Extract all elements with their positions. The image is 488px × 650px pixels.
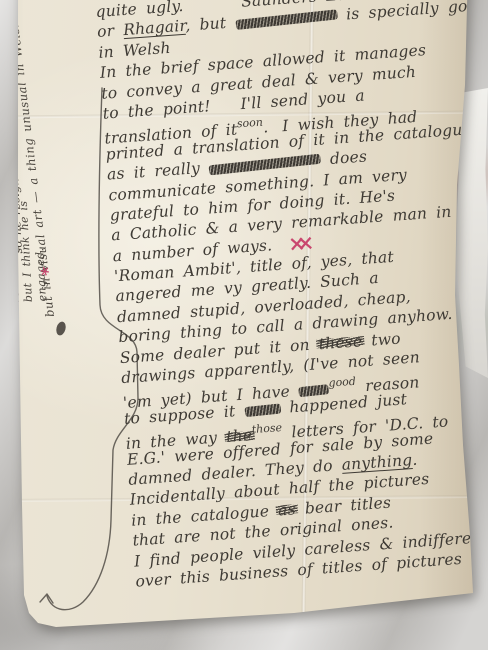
text-segment: these	[318, 332, 363, 353]
margin-line: gaiety & he has a vy acute sense	[0, 362, 12, 617]
text-segment: .	[412, 451, 418, 469]
text-segment: does	[320, 148, 367, 169]
margin-note-middle: He founded thefrantics, butto XES (!), m…	[0, 201, 50, 305]
text-segment: , but	[185, 14, 236, 35]
text-segment: gaiety & he has a vy acute sense	[0, 411, 11, 618]
text-segment: soon	[236, 116, 263, 131]
text-segment: XES (!)	[0, 242, 7, 287]
text-segment: good	[328, 375, 356, 390]
text-segment	[184, 7, 242, 11]
text-segment: probably more influence now	[0, 77, 12, 255]
text-segment: the	[226, 426, 253, 446]
margin-line: to XES (!), made it	[0, 203, 9, 304]
text-segment: , made it	[0, 186, 5, 242]
margin-note-bottom: He came to see me here some months ago& …	[0, 361, 26, 620]
text-segment: those	[251, 421, 282, 436]
scribbled-out-word	[244, 403, 281, 417]
text-segment: to	[0, 286, 8, 304]
text-segment: ××	[287, 230, 306, 256]
main-letter-text: quite ugly.Saunders Lewis wroteor Rhagai…	[95, 0, 488, 592]
text-segment: Rhagair	[123, 17, 186, 39]
margin-line: position so he resigned to	[0, 0, 5, 181]
text-segment: or	[96, 22, 123, 42]
margin-note-edge-fragment: position so he resigned to	[0, 0, 3, 181]
margin-line: probably more influence now	[0, 9, 12, 254]
letter-paper: quite ugly.Saunders Lewis wroteor Rhagai…	[0, 0, 488, 645]
text-segment	[211, 109, 241, 111]
text-segment: as	[278, 500, 297, 519]
ink-blot	[55, 321, 67, 337]
text-segment: two	[362, 329, 402, 350]
letter-content: quite ugly.Saunders Lewis wroteor Rhagai…	[0, 0, 488, 650]
letter-paper-wrap: quite ugly.Saunders Lewis wroteor Rhagai…	[0, 0, 488, 650]
margin-line: gave. And he must be a man vy lonely.	[0, 361, 26, 616]
text-segment: gave. And he must be a man vy lonely.	[0, 376, 25, 617]
text-segment	[273, 249, 283, 250]
text-segment: position so he resigned to	[0, 34, 3, 181]
